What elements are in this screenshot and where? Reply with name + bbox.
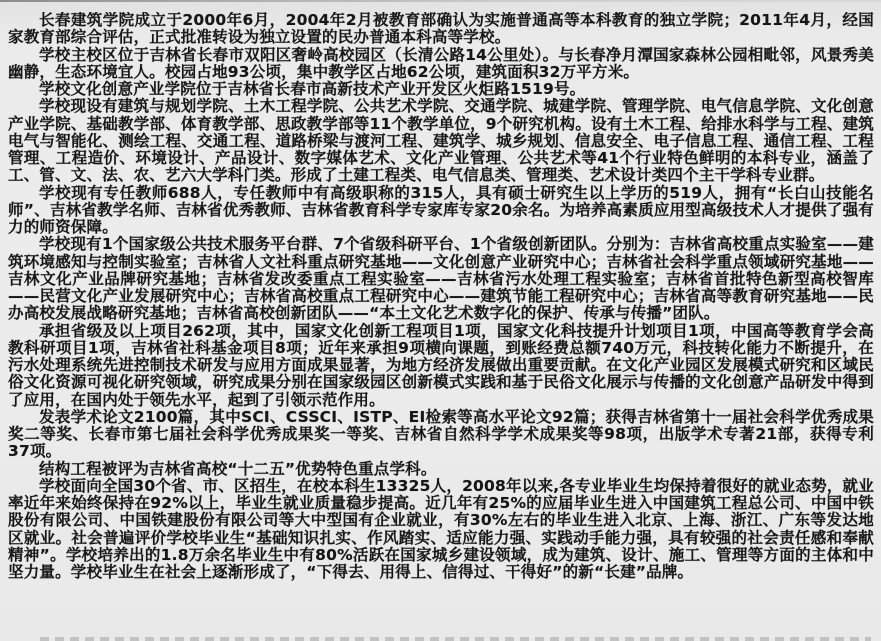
clipped-bottom-text-line xyxy=(40,637,871,641)
paragraph-enrollment-employment: 学校面向全国30个省、市、区招生，在校本科生13325人，2008年以来,各专业… xyxy=(8,478,874,582)
paragraph-research-platforms: 学校现有1个国家级公共技术服务平台群、7个省级科研平台、1个省级创新团队。分别为… xyxy=(8,236,874,322)
paragraph-key-discipline: 结构工程被评为吉林省高校“十二五”优势特色重点学科。 xyxy=(8,461,874,478)
paragraph-faculty: 学校现有专任教师688人，专任教师中有高级职称的315人，具有硕士研究生以上学历… xyxy=(8,185,874,237)
paragraph-creative-industry-campus: 学校文化创意产业学院位于吉林省长春市高新技术产业开发区火炬路1519号。 xyxy=(8,81,874,98)
paragraph-publications-awards: 发表学术论文2100篇，其中SCI、CSSCI、ISTP、EI检索等高水平论文9… xyxy=(8,409,874,461)
document-page: { "document": { "language": "zh-CN", "su… xyxy=(0,0,881,641)
paragraph-schools-and-majors: 学校现设有建筑与规划学院、土木工程学院、公共艺术学院、交通学院、城建学院、管理学… xyxy=(8,98,874,184)
document-body: 长春建筑学院成立于2000年6月，2004年2月被教育部确认为实施普通高等本科教… xyxy=(8,12,874,641)
paragraph-founding: 长春建筑学院成立于2000年6月，2004年2月被教育部确认为实施普通高等本科教… xyxy=(8,12,874,47)
page-top-edge-line xyxy=(0,0,881,2)
paragraph-main-campus: 学校主校区位于吉林省长春市双阳区奢岭高校园区（长清公路14公里处）。与长春净月潭… xyxy=(8,47,874,82)
paragraph-research-projects: 承担省级及以上项目262项，其中，国家文化创新工程项目1项，国家文化科技提升计划… xyxy=(8,323,874,409)
